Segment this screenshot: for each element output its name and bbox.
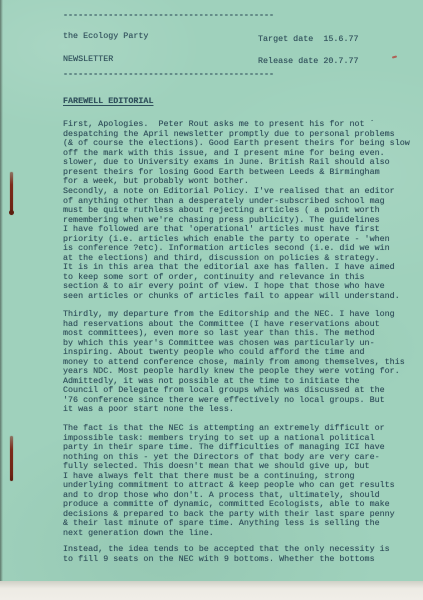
editorial-heading: FAREWELL EDITORIAL xyxy=(63,97,153,107)
editorial-paragraph-1: First, Apologies. Peter Rout asks me to … xyxy=(63,120,410,187)
red-pen-mark-icon xyxy=(10,436,13,481)
scanned-newsletter: ----------------------------------------… xyxy=(0,0,423,600)
editorial-paragraph-2: Secondly, a note on Editorial Policy. I'… xyxy=(63,187,400,301)
scanner-background xyxy=(0,581,423,600)
release-date: Release date 20.7.77 xyxy=(258,57,359,67)
newsletter-title: NEWSLETTER xyxy=(63,55,113,65)
divider-line-top: ----------------------------------------… xyxy=(63,11,274,21)
organization-name: the Ecology Party xyxy=(63,32,148,42)
newsletter-page: ----------------------------------------… xyxy=(0,0,423,581)
divider-line-bottom: ----------------------------------------… xyxy=(63,70,274,80)
scan-edge-shadow xyxy=(0,0,3,581)
target-date: Target date 15.6.77 xyxy=(258,35,359,45)
red-pen-mark-icon xyxy=(10,172,13,215)
editorial-paragraph-5: Instead, the idea tends to be accepted t… xyxy=(63,545,390,564)
red-ink-speck-icon xyxy=(392,55,397,58)
editorial-paragraph-3: Thirdly, my departure from the Editorshi… xyxy=(63,310,405,415)
editorial-paragraph-4: The fact is that the NEC is attempting a… xyxy=(63,424,395,538)
